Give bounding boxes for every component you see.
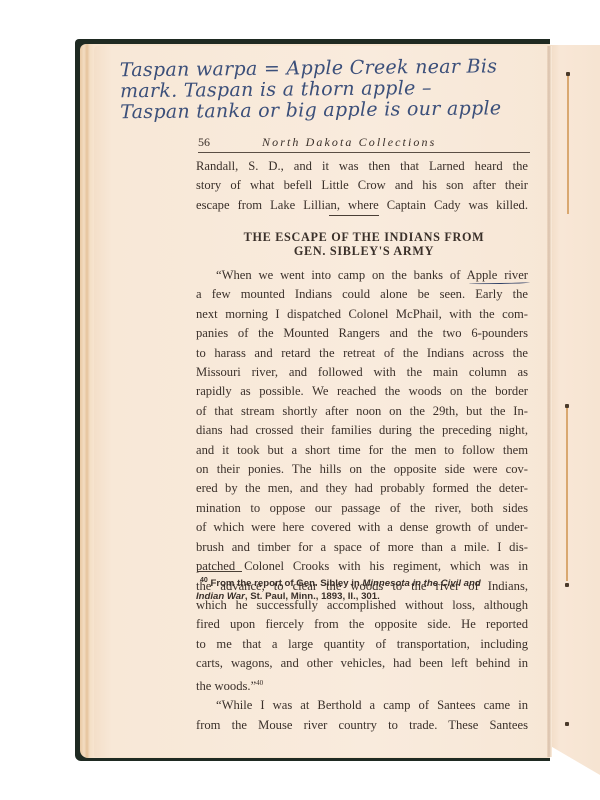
text-line: of that stream shortly after noon on the… (196, 402, 528, 421)
text-fragment: the woods.” (196, 679, 256, 693)
binding-knot (565, 404, 569, 408)
text-line: the woods.”40 (196, 674, 528, 697)
book-photo: Taspan warpa = Apple Creek near Bis mark… (0, 0, 600, 800)
footnote-text: , St. Paul, Minn., 1893, II., 301. (245, 591, 380, 602)
section-heading: THE ESCAPE OF THE INDIANS FROM GEN. SIBL… (198, 230, 530, 258)
text-line: rapidly as possible. We reached the wood… (196, 382, 528, 401)
handwritten-annotation: Taspan warpa = Apple Creek near Bis mark… (120, 56, 561, 124)
footnote-line: 40 From the report of Gen. Sibley in Min… (196, 574, 530, 590)
binding-thread-top (567, 74, 569, 214)
section-body: “When we went into camp on the banks of … (196, 266, 528, 735)
footnote-number: 40 (200, 577, 208, 584)
text-line: a few mounted Indians could alone be see… (196, 285, 528, 304)
binding-knot (565, 722, 569, 726)
text-line: dians had crossed their families during … (196, 421, 528, 440)
text-line: on their ponies. The hills on the opposi… (196, 460, 528, 479)
intro-paragraph: Randall, S. D., and it was then that Lar… (196, 157, 528, 215)
text-line: Randall, S. D., and it was then that Lar… (196, 157, 528, 176)
footnote-book-title: Minnesota in the Civil and (362, 578, 480, 589)
text-line: fired upon fiercely from the opposite si… (196, 615, 528, 634)
text-line: story of what befell Little Crow and his… (196, 176, 528, 195)
text-line: brush and timber for a space of more tha… (196, 538, 528, 557)
footnote-reference[interactable]: 40 (256, 679, 263, 687)
running-head: 56 North Dakota Collections (198, 132, 530, 153)
binding-thread-middle (566, 406, 568, 581)
ink-underlined-text: Apple river (467, 268, 528, 282)
text-line: Missouri river, and followed with the ma… (196, 363, 528, 382)
footnote: 40 From the report of Gen. Sibley in Min… (196, 574, 530, 603)
text-line: to me that a large quantity of transport… (196, 635, 528, 654)
text-line: panies of the Mounted Rangers and the tw… (196, 324, 528, 343)
text-line: and it took but a short time for the men… (196, 441, 528, 460)
footnote-divider (198, 571, 242, 572)
page-gutter (547, 46, 551, 757)
section-divider (329, 215, 379, 216)
text-line: from the Mouse river country to trade. T… (196, 716, 528, 735)
binding-knot (566, 72, 570, 76)
binding-knot (565, 583, 569, 587)
text-line: mination to oppose our passage of the ri… (196, 499, 528, 518)
text-line: “When we went into camp on the banks of … (196, 266, 528, 285)
facing-page (550, 45, 600, 775)
text-line: next morning I dispatched Colonel McPhai… (196, 305, 528, 324)
heading-line: GEN. SIBLEY'S ARMY (198, 244, 530, 258)
text-line: to harass and retard the retreat of the … (196, 344, 528, 363)
text-line: “While I was at Berthold a camp of Sante… (196, 696, 528, 715)
running-title: North Dakota Collections (262, 135, 436, 150)
footnote-book-title: Indian War (196, 591, 245, 602)
text-line: carts, wagons, and other vehicles, had b… (196, 654, 528, 673)
text-line: ered by the men, and they had probably f… (196, 479, 528, 498)
text-line: escape from Lake Lillian, where Captain … (196, 196, 528, 215)
page-number: 56 (198, 135, 210, 150)
text-fragment: “When we went into camp on the banks of (216, 268, 467, 282)
text-line: of which were here covered with a dense … (196, 518, 528, 537)
footnote-text: From the report of Gen. Sibley in (210, 578, 362, 589)
heading-line: THE ESCAPE OF THE INDIANS FROM (198, 230, 530, 244)
footnote-line: Indian War, St. Paul, Minn., 1893, II., … (196, 590, 530, 603)
